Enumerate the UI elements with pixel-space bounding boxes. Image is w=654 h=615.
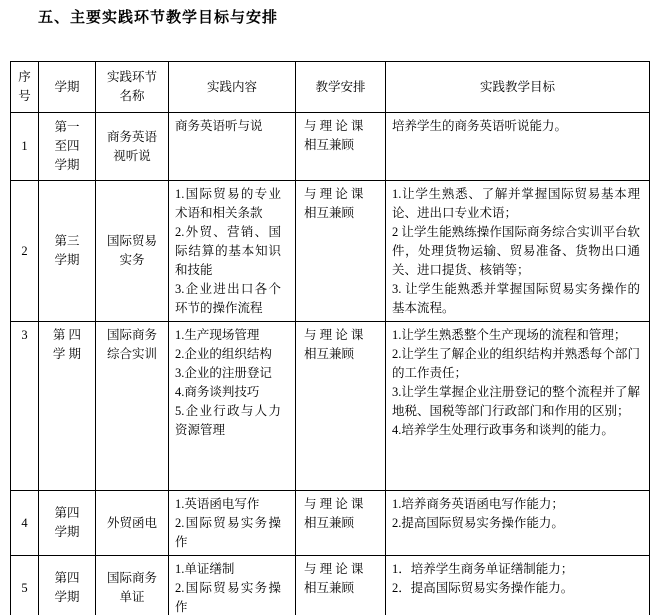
cell-teaching-objectives: 1.让学生熟悉、了解并掌握国际贸易基本理论、进出口专业术语； 2 让学生能熟练操… <box>386 181 650 322</box>
cell-semester: 第 四 学 期 <box>39 322 96 491</box>
header-teaching-objectives: 实践教学目标 <box>386 62 650 113</box>
cell-practice-content: 1.单证缮制 2.国际贸易实务操作 <box>169 556 296 615</box>
cell-practice-name: 国际商务 综合实训 <box>96 322 169 491</box>
cell-semester: 第三 学期 <box>39 181 96 322</box>
cell-teaching-arrangement: 与 理 论 课 相互兼顾 <box>296 491 386 556</box>
cell-teaching-objectives: 1.培养商务英语函电写作能力； 2.提高国际贸易实务操作能力。 <box>386 491 650 556</box>
header-practice-name: 实践环节 名称 <box>96 62 169 113</box>
cell-practice-content: 商务英语听与说 <box>169 113 296 181</box>
table-row: 3 第 四 学 期 国际商务 综合实训 1.生产现场管理 2.企业的组织结构 3… <box>11 322 650 491</box>
practice-teaching-table: 序 号 学期 实践环节 名称 实践内容 教学安排 实践教学目标 1 第一 至四 … <box>10 61 650 615</box>
cell-teaching-arrangement: 与 理 论 课 相互兼顾 <box>296 113 386 181</box>
table-row: 5 第四 学期 国际商务 单证 1.单证缮制 2.国际贸易实务操作 与 理 论 … <box>11 556 650 615</box>
cell-teaching-objectives: 1.让学生熟悉整个生产现场的流程和管理； 2.让学生了解企业的组织结构并熟悉每个… <box>386 322 650 491</box>
cell-no: 2 <box>11 181 39 322</box>
cell-teaching-arrangement: 与 理 论 课 相互兼顾 <box>296 181 386 322</box>
cell-teaching-objectives: 1．培养学生商务单证缮制能力； 2．提高国际贸易实务操作能力。 <box>386 556 650 615</box>
cell-practice-content: 1.英语函电写作 2.国际贸易实务操作 <box>169 491 296 556</box>
cell-semester: 第四 学期 <box>39 556 96 615</box>
cell-no: 4 <box>11 491 39 556</box>
table-row: 1 第一 至四 学期 商务英语 视听说 商务英语听与说 与 理 论 课 相互兼顾… <box>11 113 650 181</box>
page-title: 五、主要实践环节教学目标与安排 <box>38 6 278 27</box>
cell-no: 1 <box>11 113 39 181</box>
header-no: 序 号 <box>11 62 39 113</box>
cell-teaching-arrangement: 与 理 论 课 相互兼顾 <box>296 556 386 615</box>
cell-practice-name: 外贸函电 <box>96 491 169 556</box>
cell-practice-content: 1.生产现场管理 2.企业的组织结构 3.企业的注册登记 4.商务谈判技巧 5.… <box>169 322 296 491</box>
table-row: 4 第四 学期 外贸函电 1.英语函电写作 2.国际贸易实务操作 与 理 论 课… <box>11 491 650 556</box>
cell-no: 5 <box>11 556 39 615</box>
cell-practice-content: 1.国际贸易的专业术语和相关条款 2.外贸、营销、国际结算的基本知识和技能 3.… <box>169 181 296 322</box>
cell-practice-name: 商务英语 视听说 <box>96 113 169 181</box>
header-teaching-arrangement: 教学安排 <box>296 62 386 113</box>
header-semester: 学期 <box>39 62 96 113</box>
cell-semester: 第四 学期 <box>39 491 96 556</box>
cell-practice-name: 国际商务 单证 <box>96 556 169 615</box>
table-row: 2 第三 学期 国际贸易 实务 1.国际贸易的专业术语和相关条款 2.外贸、营销… <box>11 181 650 322</box>
cell-teaching-arrangement: 与 理 论 课 相互兼顾 <box>296 322 386 491</box>
cell-semester: 第一 至四 学期 <box>39 113 96 181</box>
cell-no: 3 <box>11 322 39 491</box>
table-header-row: 序 号 学期 实践环节 名称 实践内容 教学安排 实践教学目标 <box>11 62 650 113</box>
header-practice-content: 实践内容 <box>169 62 296 113</box>
cell-practice-name: 国际贸易 实务 <box>96 181 169 322</box>
cell-teaching-objectives: 培养学生的商务英语听说能力。 <box>386 113 650 181</box>
